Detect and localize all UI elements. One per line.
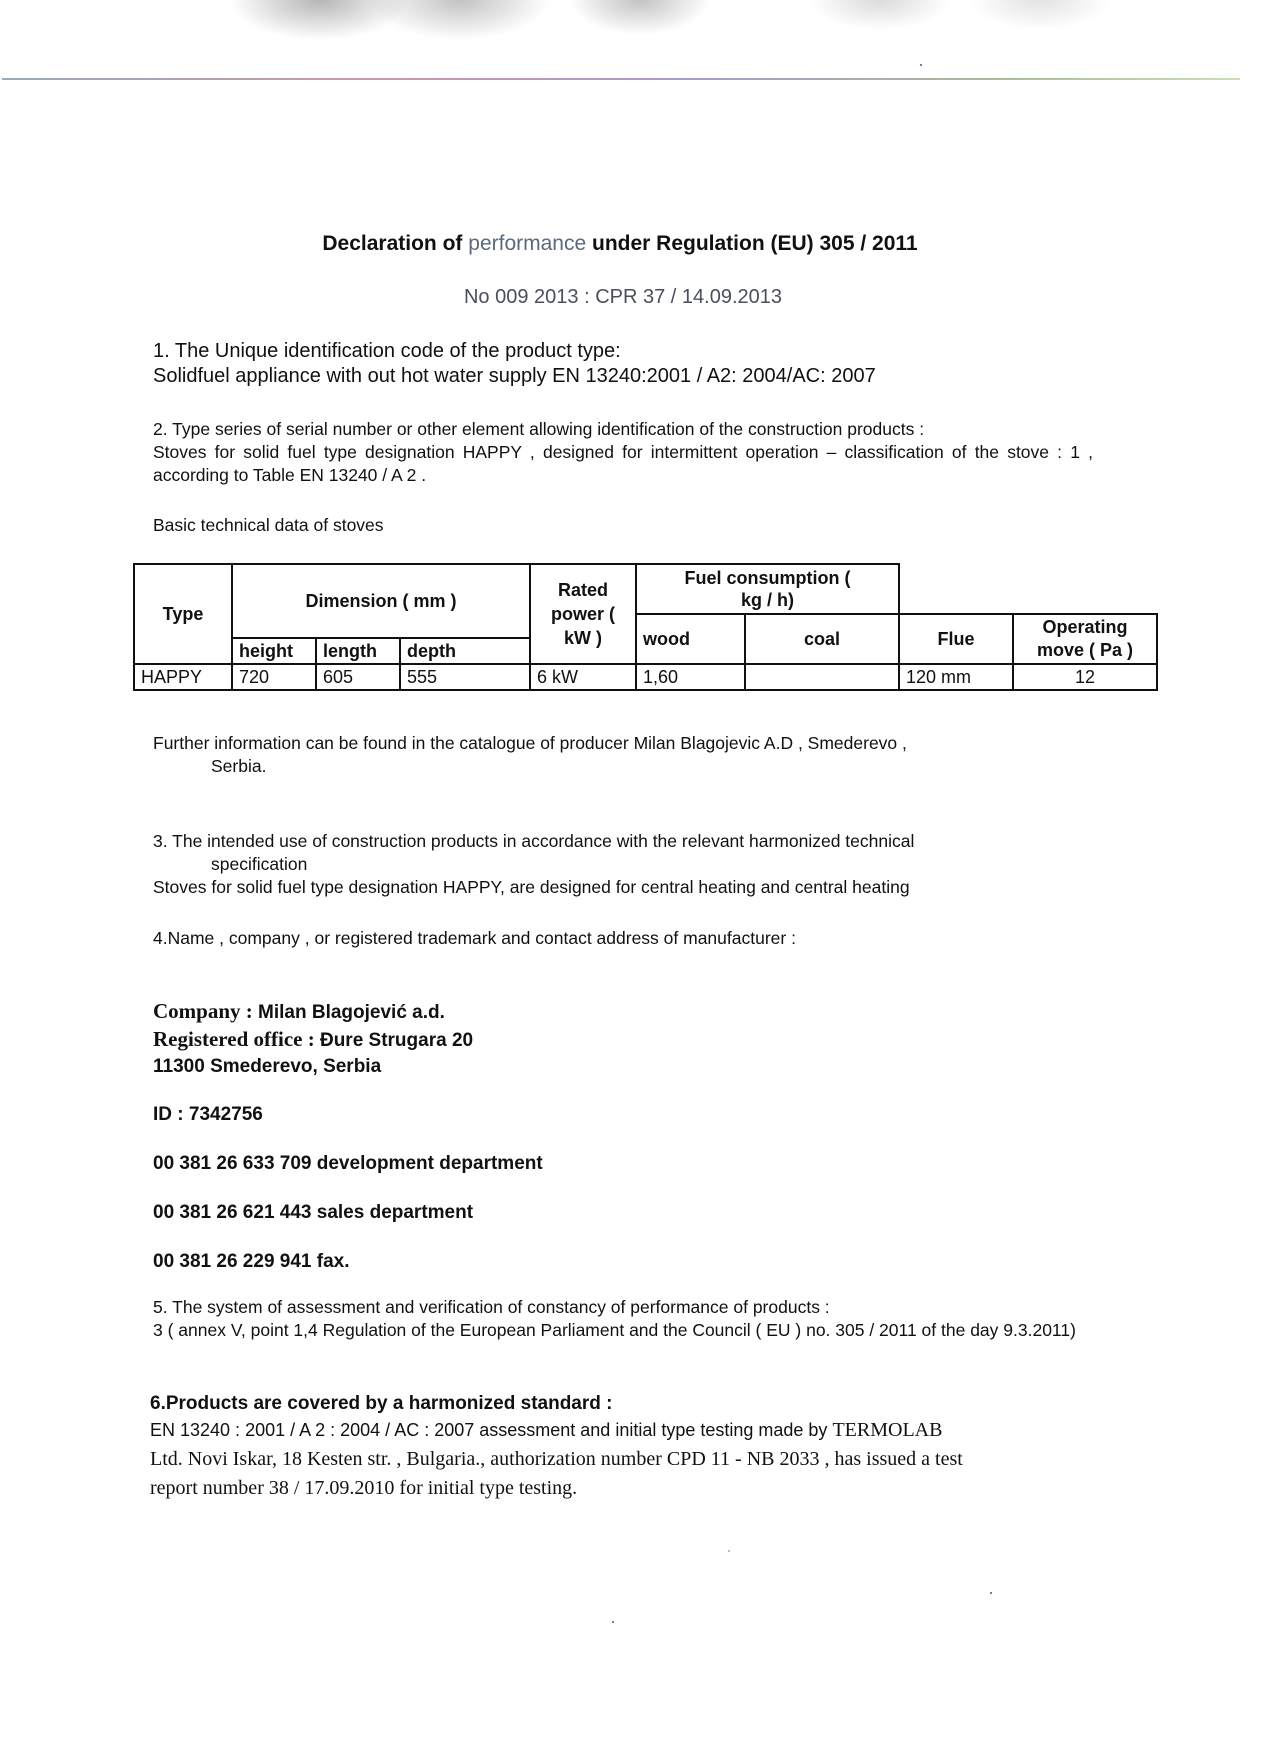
title-highlight: performance (468, 232, 586, 255)
city-line: 11300 Smederevo, Serbia (153, 1054, 1093, 1080)
operating-move-label: Operating move ( Pa ) (1025, 616, 1145, 662)
header-flue: Flue (899, 614, 1013, 664)
section-1: 1. The Unique identification code of the… (153, 339, 1093, 389)
rated-power-label: Rated power ( kW ) (548, 578, 618, 650)
further-info-line1: Further information can be found in the … (153, 732, 1093, 755)
cell-type: HAPPY (134, 664, 232, 690)
section-5-text: 3 ( annex V, point 1,4 Regulation of the… (153, 1319, 1093, 1342)
header-blank (899, 564, 1157, 614)
header-type: Type (134, 564, 232, 664)
header-wood: wood (636, 614, 745, 664)
cell-wood: 1,60 (636, 664, 745, 690)
section-5: 5. The system of assessment and verifica… (153, 1296, 1093, 1342)
scan-speck (728, 1550, 730, 1552)
header-coal: coal (745, 614, 899, 664)
header-operating-move: Operating move ( Pa ) (1013, 614, 1157, 664)
section-2: 2. Type series of serial number or other… (153, 418, 1093, 487)
header-height: height (232, 638, 316, 664)
section-3-text: Stoves for solid fuel type designation H… (153, 876, 1093, 899)
cell-flue: 120 mm (899, 664, 1013, 690)
section-6-heading: 6.Products are covered by a harmonized s… (150, 1392, 1090, 1416)
table-caption: Basic technical data of stoves (153, 514, 1093, 537)
section-1-text: Solidfuel appliance with out hot water s… (153, 364, 1093, 389)
fax-number: 00 381 26 229 941 fax. (153, 1249, 1093, 1275)
cell-length: 605 (316, 664, 400, 690)
company-label: Company : (153, 999, 258, 1023)
cell-depth: 555 (400, 664, 530, 690)
further-info-line2: Serbia. (153, 755, 1093, 778)
header-length: length (316, 638, 400, 664)
section-6: 6.Products are covered by a harmonized s… (150, 1392, 1090, 1502)
section-6-text-sans: EN 13240 : 2001 / A 2 : 2004 / AC : 2007… (150, 1420, 832, 1440)
phone-development: 00 381 26 633 709 development department (153, 1151, 1093, 1177)
cell-operating-move: 12 (1013, 664, 1157, 690)
cell-coal (745, 664, 899, 690)
cell-rated-power: 6 kW (530, 664, 636, 690)
top-rule-divider (2, 78, 1240, 80)
section-2-text: Stoves for solid fuel type designation H… (153, 441, 1093, 487)
section-5-heading: 5. The system of assessment and verifica… (153, 1296, 1093, 1319)
header-dimension: Dimension ( mm ) (232, 564, 530, 638)
header-rated-power: Rated power ( kW ) (530, 564, 636, 664)
table-row: HAPPY 720 605 555 6 kW 1,60 120 mm 12 (134, 664, 1157, 690)
section-3: 3. The intended use of construction prod… (153, 830, 1093, 899)
section-6-line3: report number 38 / 17.09.2010 for initia… (150, 1474, 1090, 1502)
technical-data-table: Type Dimension ( mm ) Rated power ( kW )… (133, 563, 1158, 691)
scan-speck (990, 1592, 992, 1594)
header-fuel-consumption: Fuel consumption ( kg / h) (636, 564, 899, 614)
declaration-number: No 009 2013 : CPR 37 / 14.09.2013 (0, 286, 1246, 309)
office-value: Đure Strugara 20 (320, 1030, 473, 1051)
section-6-line1: EN 13240 : 2001 / A 2 : 2004 / AC : 2007… (150, 1416, 1090, 1444)
cell-height: 720 (232, 664, 316, 690)
section-3-heading-cont: specification (153, 853, 1093, 876)
company-value: Milan Blagojević a.d. (258, 1002, 445, 1023)
page-title: Declaration of performance under Regulat… (0, 232, 1240, 256)
header-depth: depth (400, 638, 530, 664)
scan-speck (612, 1621, 614, 1623)
title-text: Declaration of (322, 232, 468, 255)
section-2-heading: 2. Type series of serial number or other… (153, 418, 1093, 441)
phone-sales: 00 381 26 621 443 sales department (153, 1200, 1093, 1226)
company-line: Company : Milan Blagojević a.d. (153, 998, 1093, 1026)
section-1-heading: 1. The Unique identification code of the… (153, 339, 1093, 364)
title-text-end: under Regulation (EU) 305 / 2011 (586, 232, 917, 255)
section-4-heading: 4.Name , company , or registered tradema… (153, 927, 1093, 950)
section-6-lab-name: TERMOLAB (832, 1419, 942, 1441)
fuel-consumption-label: Fuel consumption ( kg / h) (673, 567, 863, 611)
scan-shadow (0, 0, 1276, 70)
office-line: Registered office : Đure Strugara 20 (153, 1026, 1093, 1054)
company-id: ID : 7342756 (153, 1102, 1093, 1128)
manufacturer-contact: Company : Milan Blagojević a.d. Register… (153, 998, 1093, 1275)
section-3-heading: 3. The intended use of construction prod… (153, 830, 1093, 853)
office-label: Registered office : (153, 1027, 320, 1051)
section-6-line2: Ltd. Novi Iskar, 18 Kesten str. , Bulgar… (150, 1444, 1090, 1474)
scan-speck (920, 64, 922, 66)
further-info: Further information can be found in the … (153, 732, 1093, 778)
